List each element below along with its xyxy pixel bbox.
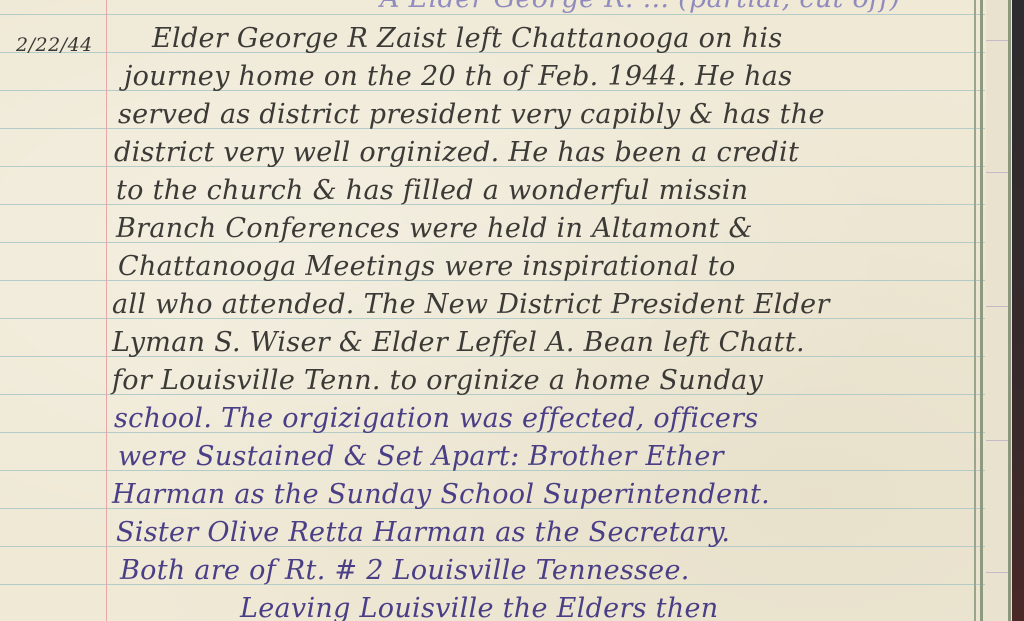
handwritten-line: Elder George R Zaist left Chattanooga on… [152, 24, 783, 54]
rule-line [0, 14, 985, 15]
handwritten-line: district very well orginized. He has bee… [114, 138, 799, 168]
binding-rule [986, 172, 1008, 173]
handwritten-line: school. The orgizigation was effected, o… [114, 404, 759, 434]
binding-strip [986, 0, 1010, 621]
binding-edge [980, 0, 983, 621]
handwritten-line: Sister Olive Retta Harman as the Secreta… [116, 518, 730, 548]
binding-edge [1008, 0, 1011, 621]
book-cover [1012, 0, 1024, 621]
handwritten-line: all who attended. The New District Presi… [112, 290, 830, 320]
handwritten-line: for Louisville Tenn. to orginize a home … [112, 366, 763, 396]
binding-rule [986, 306, 1008, 307]
handwritten-line: Chattanooga Meetings were inspirational … [118, 252, 736, 282]
handwritten-line: were Sustained & Set Apart: Brother Ethe… [118, 442, 724, 472]
red-margin-line [106, 0, 107, 621]
handwritten-line-partial: A Elder George R. ... (partial, cut off) [380, 0, 900, 14]
handwritten-line: Branch Conferences were held in Altamont… [116, 214, 753, 244]
binding-edge [974, 0, 976, 621]
handwritten-line: Leaving Louisville the Elders then [240, 594, 719, 621]
journal-page: 2/22/44 A Elder George R. ... (partial, … [0, 0, 1024, 621]
handwritten-line: journey home on the 20 th of Feb. 1944. … [124, 62, 792, 92]
handwritten-line: Harman as the Sunday School Superintende… [112, 480, 770, 510]
binding-rule [986, 440, 1008, 441]
handwritten-line: to the church & has filled a wonderful m… [116, 176, 748, 206]
binding-rule [986, 40, 1008, 41]
binding-rule [986, 572, 1008, 573]
entry-date: 2/22/44 [16, 34, 93, 56]
handwritten-line: served as district president very capibl… [118, 100, 825, 130]
handwritten-line: Lyman S. Wiser & Elder Leffel A. Bean le… [112, 328, 805, 358]
handwritten-line: Both are of Rt. # 2 Louisville Tennessee… [120, 556, 690, 586]
